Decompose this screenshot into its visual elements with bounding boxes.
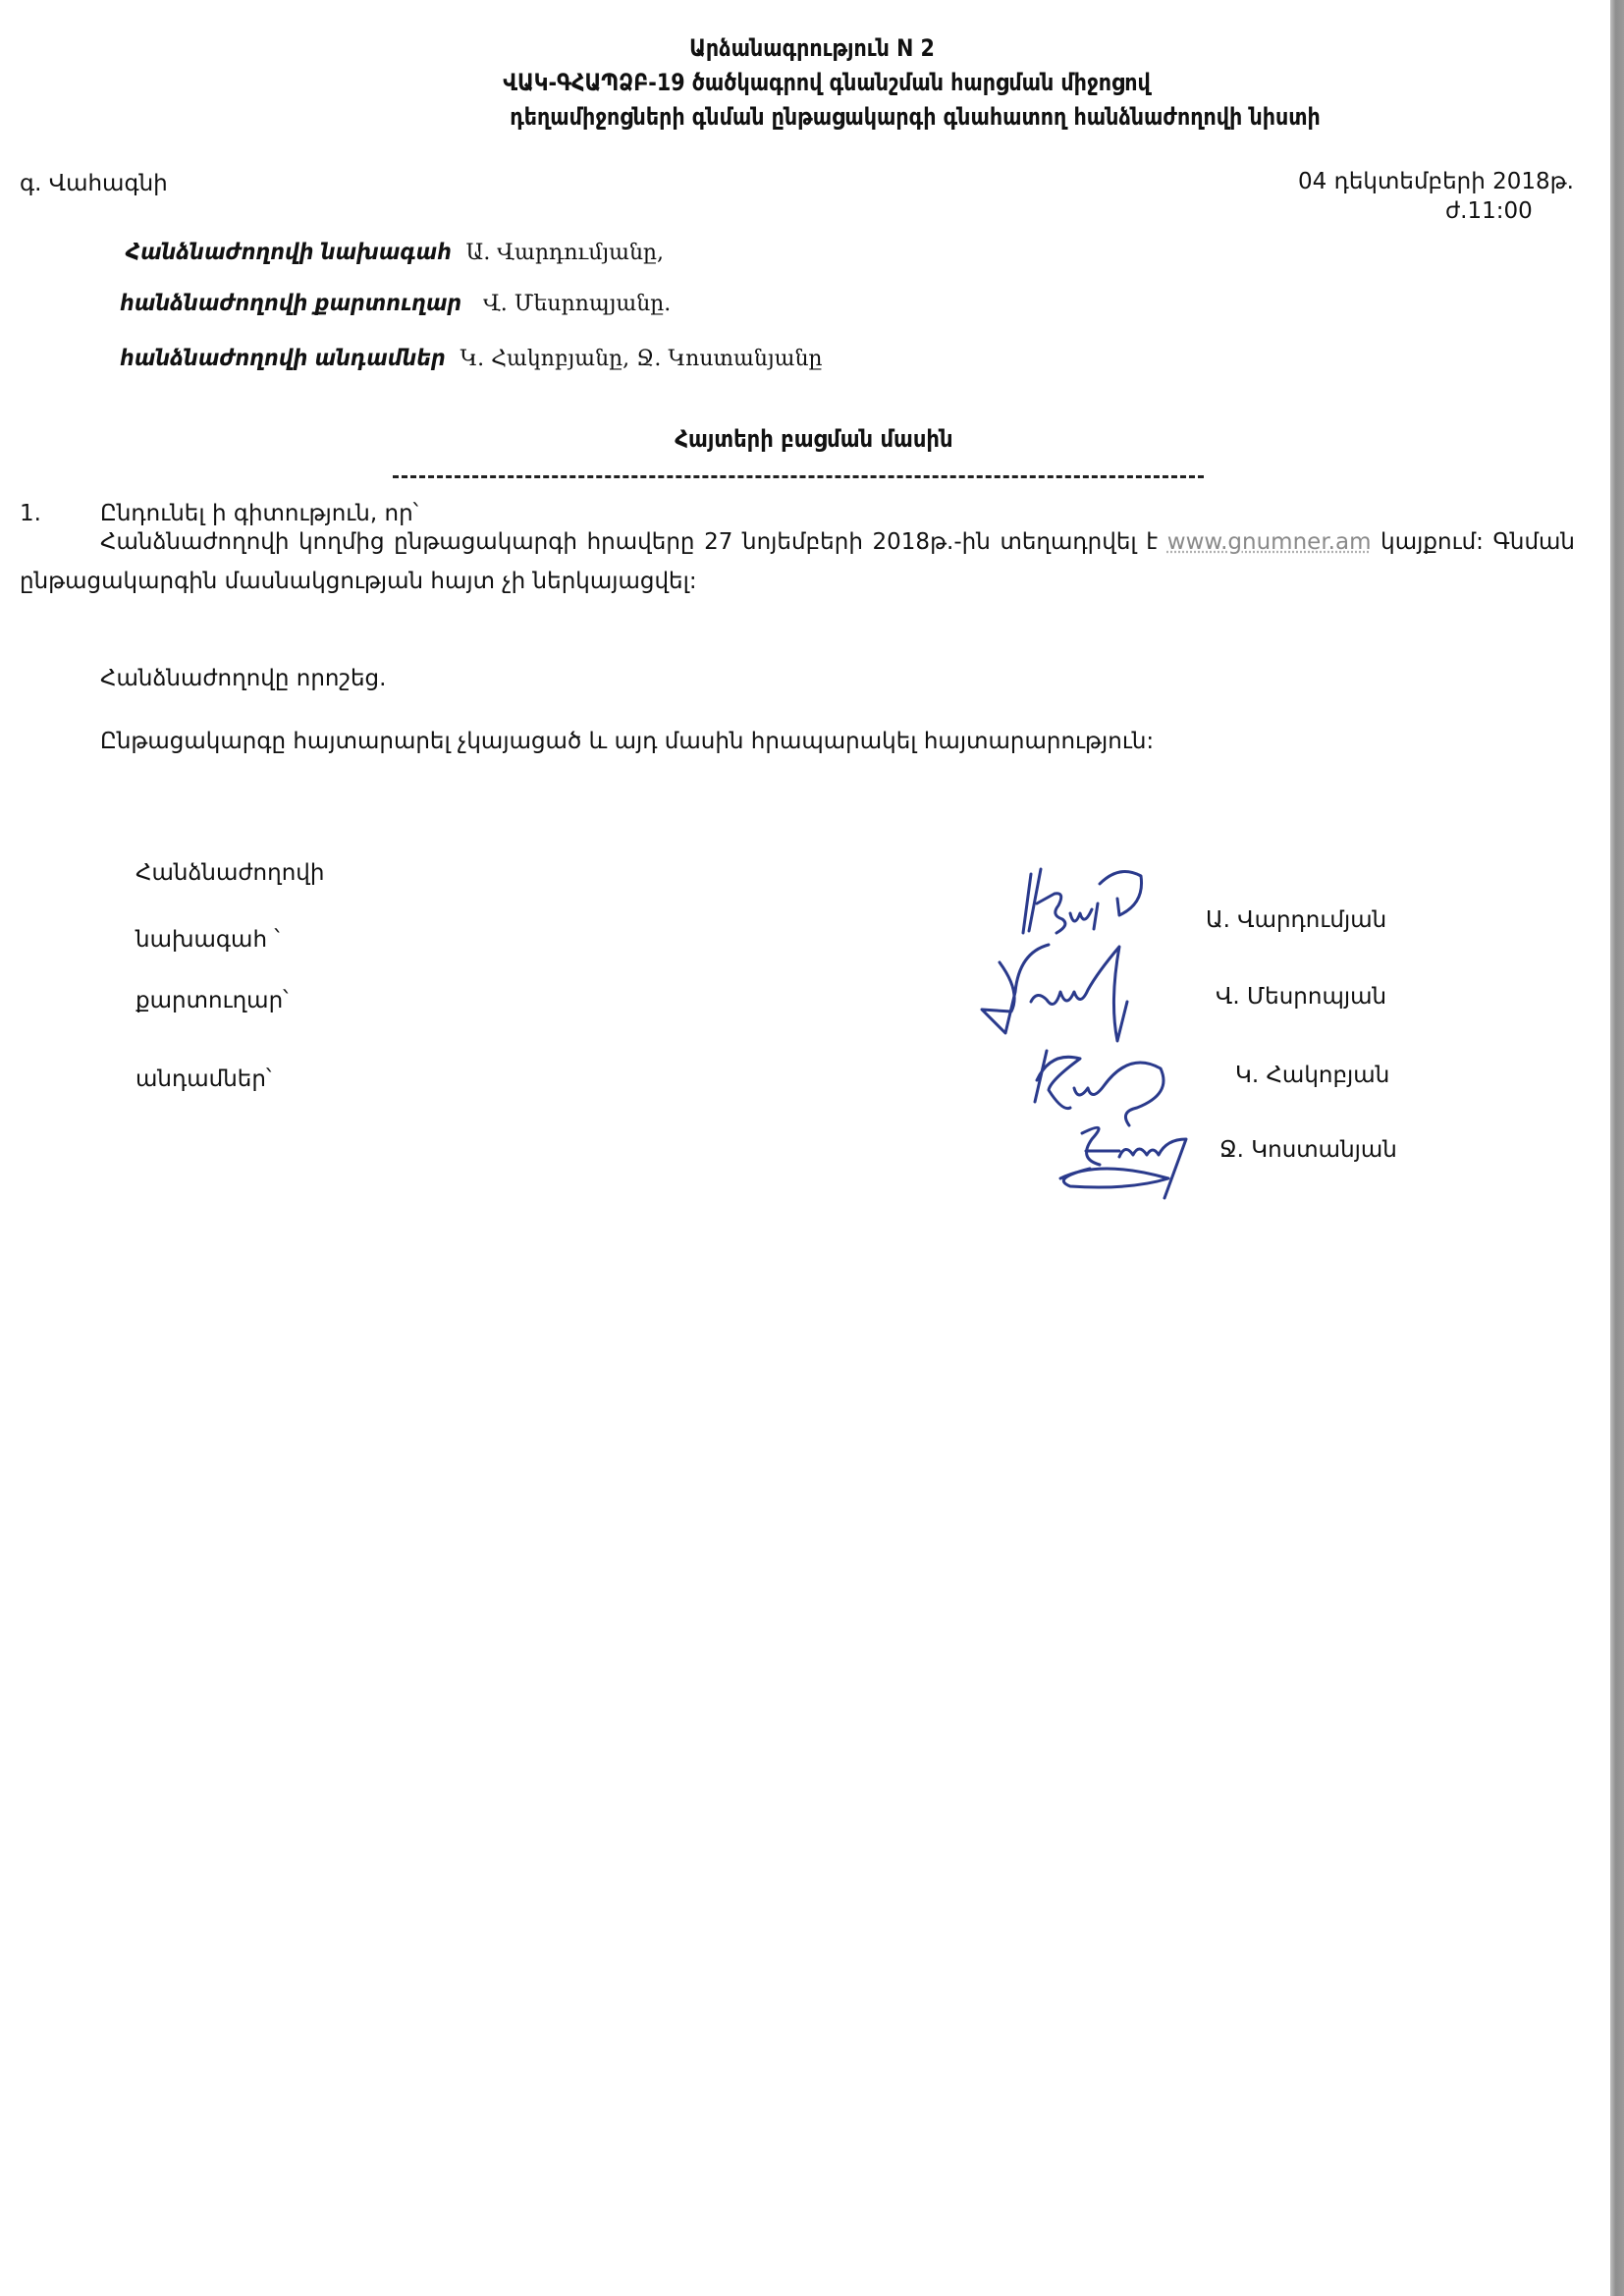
decision-text: Ընթացակարգը հայտարարել չկայացած և այդ մա…	[100, 727, 1154, 756]
signature-member-1	[1035, 1051, 1164, 1125]
scan-edge-shadow	[1610, 0, 1624, 2296]
signer-name-secretary: Վ. Մեսրոպյան	[1216, 982, 1386, 1011]
place: գ. Վահագնի	[20, 169, 168, 198]
decision-label: Հանձնաժողովը որոշեց.	[100, 664, 386, 693]
site-link[interactable]: www.gnumner.am	[1167, 529, 1372, 555]
attendee-role: հանձնաժողովի անդամներ	[120, 346, 446, 371]
title-line-2: ՎԱԿ-ԳՀԱՊՁԲ-19 ծածկագրով գնանշման հարցման…	[141, 66, 1513, 100]
attendee-names: Կ. Հակոբյանը, Ջ. Կոստանյանը	[460, 347, 822, 371]
section-heading: Հայտերի բացման մասին	[0, 425, 1624, 453]
attendee-members: հանձնաժողովի անդամներ Կ. Հակոբյանը, Ջ. Կ…	[120, 344, 822, 374]
item-paragraph: Հանձնաժողովի կողմից ընթացակարգի հրավերը …	[20, 522, 1575, 601]
section-heading-text: Հայտերի բացման մասին	[675, 425, 952, 453]
document-title: Արձանագրություն N 2 ՎԱԿ-ԳՀԱՊՁԲ-19 ծածկագ…	[0, 31, 1624, 135]
time: ժ.11:00	[1445, 196, 1533, 226]
dashed-divider	[393, 475, 1204, 478]
attendee-chair: Հանձնաժողովի նախագահ Ա. Վարդումյանը,	[126, 238, 664, 268]
attendee-names: Ա. Վարդումյանը,	[466, 241, 665, 265]
date: 04 դեկտեմբերի 2018թ.	[1298, 167, 1574, 196]
item-text-before-link: Հանձնաժողովի կողմից ընթացակարգի հրավերը …	[100, 529, 1158, 555]
sign-label-committee: Հանձնաժողովի	[135, 858, 324, 888]
signer-name-chair: Ա. Վարդումյան	[1206, 905, 1386, 935]
handwritten-signatures	[972, 845, 1208, 1218]
signature-chair	[1023, 869, 1142, 933]
signer-name-member-2: Ջ. Կոստանյան	[1219, 1135, 1397, 1165]
signature-member-2	[1060, 1127, 1186, 1198]
sign-label-chair: նախագահ ՝	[135, 925, 280, 955]
attendee-role: հանձնաժողովի քարտուղար	[120, 291, 461, 316]
signature-secretary	[982, 945, 1127, 1041]
attendee-role: Հանձնաժողովի նախագահ	[126, 240, 452, 265]
sign-label-secretary: քարտուղար՝	[135, 986, 289, 1015]
title-line-3: դեղամիջոցների գնման ընթացակարգի գնահատող…	[305, 100, 1525, 135]
attendee-names: Վ. Մեսրոպյանը.	[483, 292, 671, 316]
signer-name-member-1: Կ. Հակոբյան	[1235, 1061, 1389, 1090]
attendee-secretary: հանձնաժողովի քարտուղար Վ. Մեսրոպյանը.	[120, 289, 671, 319]
sign-label-members: անդամներ՝	[135, 1065, 271, 1094]
title-line-1: Արձանագրություն N 2	[114, 31, 1510, 66]
